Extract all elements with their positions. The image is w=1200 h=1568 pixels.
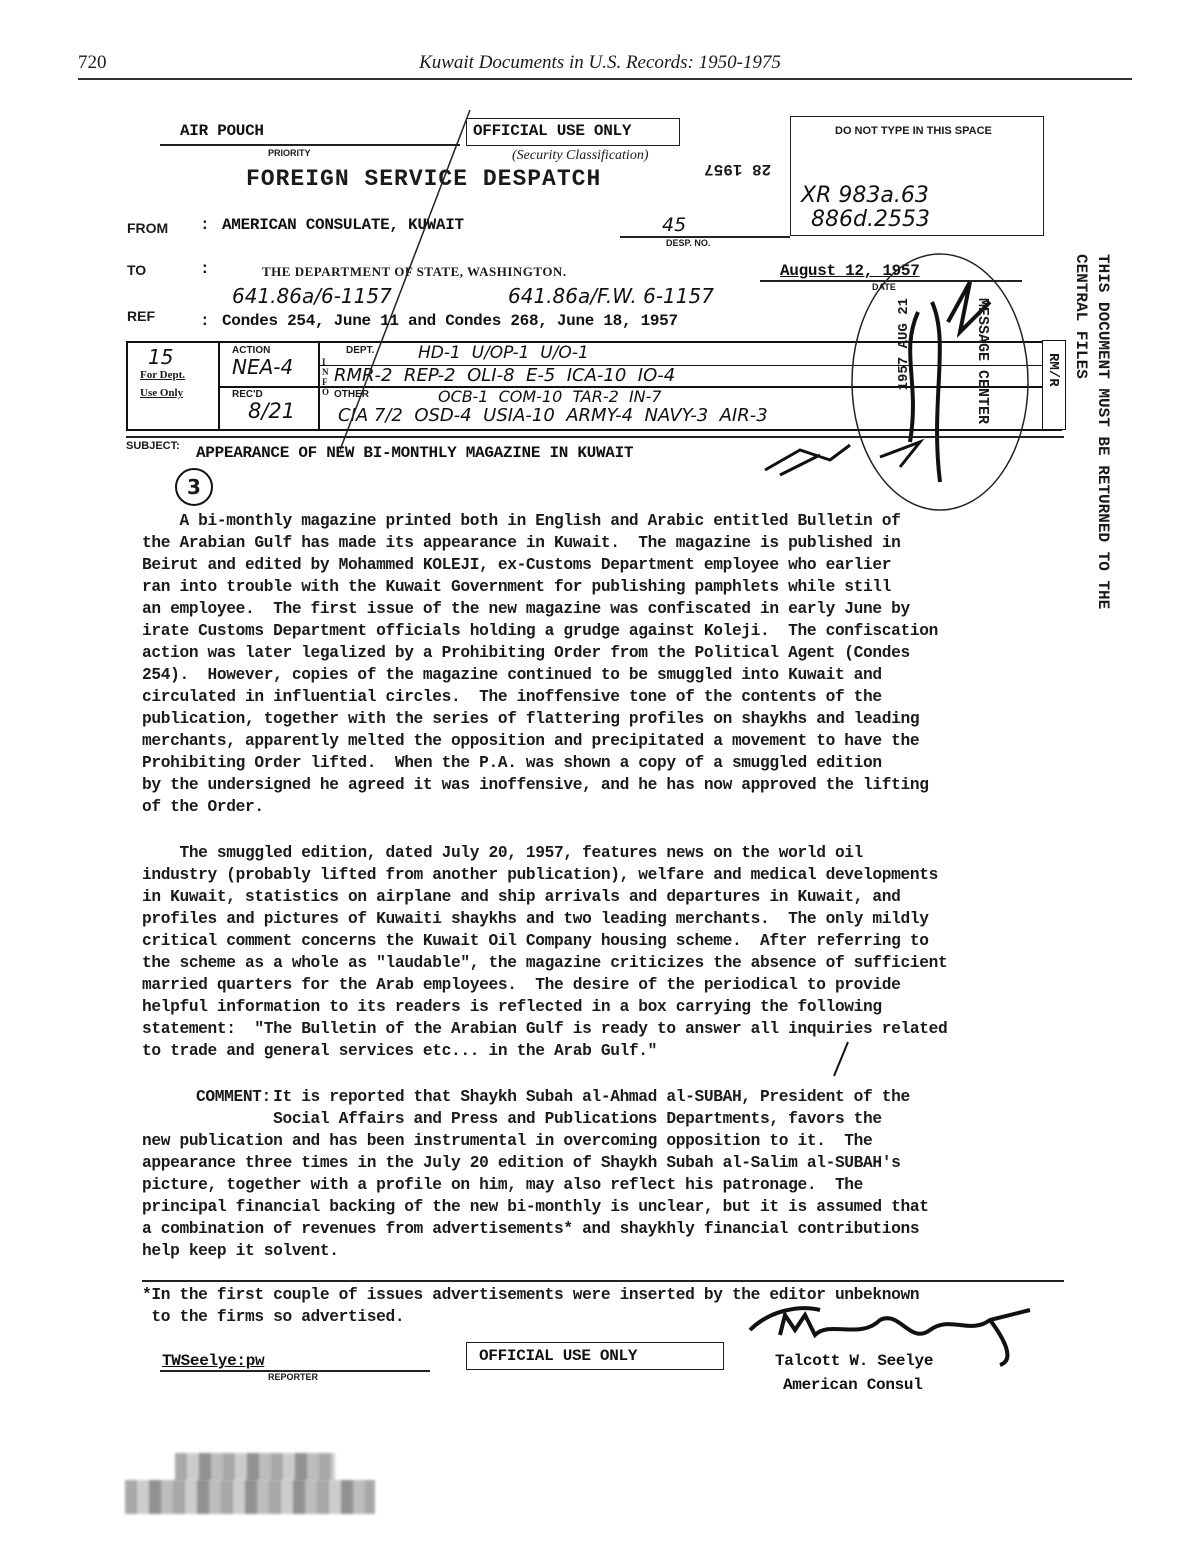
reporter-value: TWSeelye:pw (162, 1352, 264, 1370)
priority-label: PRIORITY (268, 148, 311, 158)
do-not-type-label: DO NOT TYPE IN THIS SPACE (835, 125, 992, 137)
from-label: FROM (127, 220, 168, 236)
priority-value: AIR POUCH (180, 122, 264, 140)
classification-box: OFFICIAL USE ONLY (466, 118, 680, 146)
signer-title: American Consul (783, 1376, 923, 1394)
reporter-label: REPORTER (268, 1372, 318, 1382)
recd-value: 8/21 (248, 399, 295, 423)
paragraph-2: The smuggled edition, dated July 20, 195… (142, 842, 947, 1062)
redacted-block-1 (175, 1453, 335, 1481)
desp-number: 45 (662, 214, 686, 236)
comment-text: It is reported that Shaykh Subah al-Ahma… (142, 1086, 929, 1262)
subject-rule (126, 436, 1064, 438)
book-title: Kuwait Documents in U.S. Records: 1950-1… (0, 52, 1200, 74)
stamp-date: 1957 AUG 21 (896, 298, 912, 390)
stamp-text: MESSAGE CENTER (974, 298, 991, 424)
file-number-2: 886d.2553 (811, 207, 930, 232)
received-stamp: 28 1957 (704, 160, 771, 178)
classification-value: OFFICIAL USE ONLY (473, 122, 631, 140)
dept-count: 15 (148, 345, 173, 369)
circled-number: 3 (175, 468, 213, 506)
pen-stroke (340, 110, 480, 450)
do-not-type-box: DO NOT TYPE IN THIS SPACE XR 983a.63 886… (790, 116, 1044, 236)
subject-value: APPEARANCE OF NEW BI-MONTHLY MAGAZINE IN… (196, 444, 633, 462)
to-colon: : (200, 260, 209, 278)
to-label: TO (127, 262, 146, 278)
side-note: THIS DOCUMENT MUST BE RETURNED TO THE CE… (1070, 254, 1114, 634)
scribble-mark (760, 440, 860, 480)
use-only-label: Use Only (140, 387, 183, 399)
redacted-block-2 (125, 1480, 375, 1514)
header-rule (78, 78, 1132, 80)
paragraph-1: A bi-monthly magazine printed both in En… (142, 510, 938, 818)
rm-r-box: RM/R (1042, 340, 1066, 430)
footer-classification-box: OFFICIAL USE ONLY (466, 1342, 724, 1370)
ref-label: REF (127, 308, 155, 324)
message-center-stamp (840, 242, 1040, 522)
classification-label: (Security Classification) (512, 148, 648, 164)
subject-label: SUBJECT: (126, 440, 180, 452)
ref-colon: : (200, 312, 209, 330)
from-colon: : (200, 216, 209, 234)
footnote-rule (142, 1280, 1064, 1282)
signer-name: Talcott W. Seelye (775, 1352, 933, 1370)
for-dept-label: For Dept. (140, 369, 185, 381)
desp-no-label: DESP. NO. (666, 238, 710, 248)
ref-handwritten-2: 641.86a/F.W. 6-1157 (508, 284, 714, 308)
rm-r-label: RM/R (1045, 353, 1061, 387)
footer-classification: OFFICIAL USE ONLY (479, 1347, 637, 1365)
info-label: INFO (322, 357, 330, 397)
action-value: NEA-4 (232, 355, 293, 379)
check-mark (820, 1040, 860, 1080)
file-number-1: XR 983a.63 (801, 183, 929, 208)
